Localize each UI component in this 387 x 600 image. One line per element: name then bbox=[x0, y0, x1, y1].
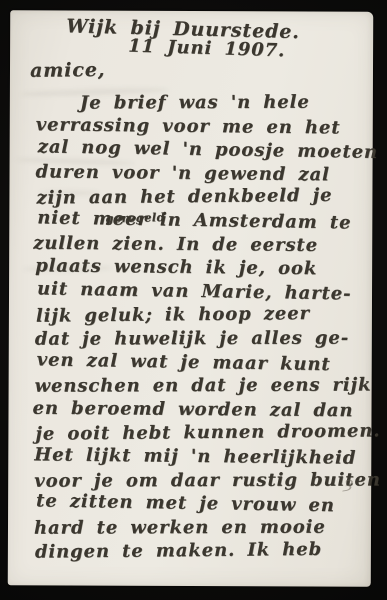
letter-line: niet meer in Amsterdam te bbox=[37, 206, 374, 235]
photo-background: Wijk bij Duurstede. 11 Juni 1907. amice,… bbox=[0, 0, 387, 600]
letter-line: wenschen en dat je eens rijk bbox=[35, 374, 372, 399]
letter-line: ven zal wat je maar kunt bbox=[37, 348, 374, 377]
letter-body: Je brief was 'n heleverrassing voor me e… bbox=[34, 90, 373, 563]
letter-line: Het lijkt mij 'n heerlijkheid bbox=[34, 443, 371, 470]
letter-line: Je brief was 'n hele bbox=[36, 90, 373, 115]
letter-line: dat je huwelijk je alles ge- bbox=[35, 326, 372, 351]
letter-line: te zitten met je vrouw en bbox=[36, 489, 373, 518]
letter-salutation: amice, bbox=[30, 55, 373, 82]
letter-line: en beroemd worden zal dan bbox=[32, 396, 369, 422]
letter-inserted-word: geregeld bbox=[105, 210, 165, 225]
letter-line: hard te werken en mooie bbox=[34, 515, 371, 540]
letter-line: lijk geluk; ik hoop zeer bbox=[36, 302, 373, 329]
letter-line: dingen te maken. Ik heb bbox=[35, 538, 372, 565]
letter-paper: Wijk bij Duurstede. 11 Juni 1907. amice,… bbox=[8, 10, 374, 587]
letter-line: je ooit hebt kunnen droomen. bbox=[35, 420, 372, 447]
letter-line: voor je om daar rustig buiten bbox=[34, 468, 371, 493]
letter-line: zullen zien. In de eerste bbox=[33, 231, 370, 257]
